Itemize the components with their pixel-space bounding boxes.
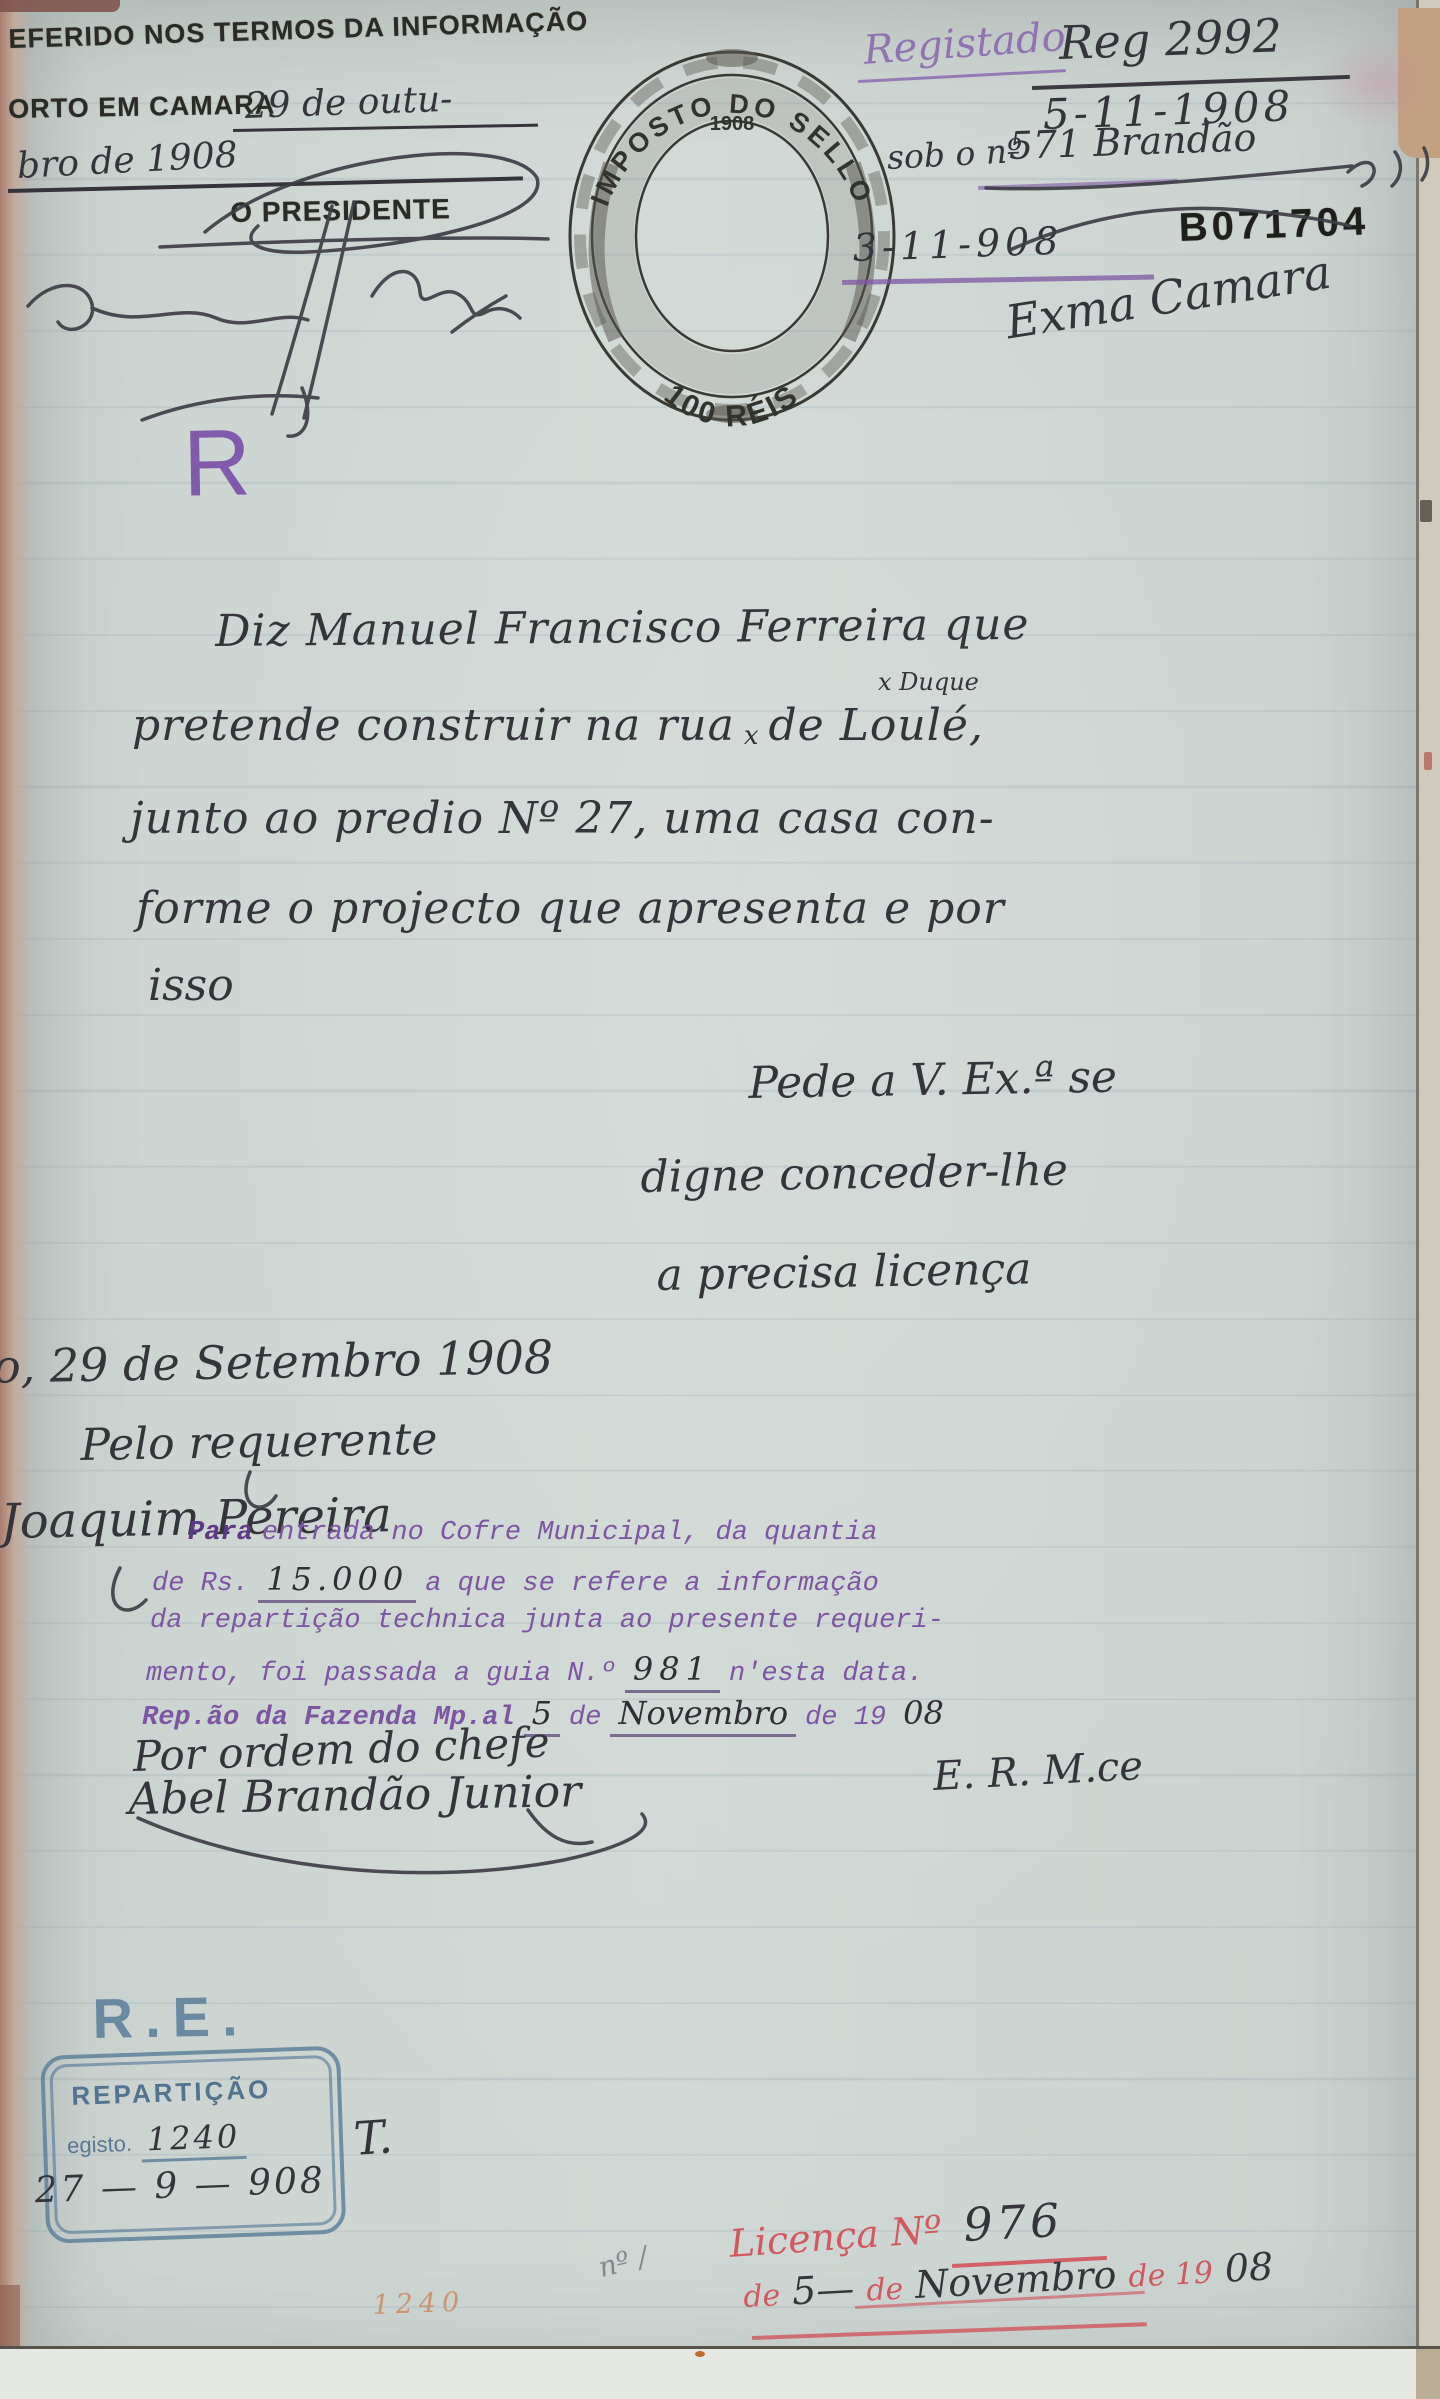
right-margin-red-mark [1424,752,1432,770]
treasury-line2-post: a que se refere a informação [425,1569,879,1599]
bottom-edge-strip [0,2346,1440,2399]
margin-tick-1 [1392,152,1400,186]
license-label: Licença Nº [728,2207,943,2266]
treasury-signature: Abel Brandão Junior [128,1766,582,1825]
treasury-de2: de 19 [805,1703,886,1733]
petition-line2: pretende construir na ruaxde Loulé, [132,700,984,751]
sob-o-numero-label: sob o nº [886,131,1023,177]
registration-number: Reg 2992 [1058,8,1283,70]
r-registry-mark: R [182,415,252,510]
license-day: 5— [791,2266,855,2313]
approval-stamp-line1: EFERIDO NOS TERMOS DA INFORMAÇÃO [8,6,589,55]
president-stamp-label: O PRESIDENTE [230,193,451,229]
petition-line2-post: de Loulé, [769,700,984,751]
treasury-line4-post: n'esta data. [729,1659,923,1689]
right-margin-ink-mark [1420,500,1432,522]
license-faint-number: 1240 [372,2287,466,2321]
left-signature-tail [92,308,308,323]
treasury-line4: mento, foi passada a guia N.º 981 n'esta… [146,1650,923,1693]
seal-year: 1908 [710,113,755,135]
re-registo-label: egisto. [67,2131,133,2159]
vereador-signature-cross [452,296,506,332]
petition-line3: junto ao predio Nº 27, uma casa con- [130,793,995,844]
re-side-mark: T. [352,2109,394,2166]
approval-stamp-line2: ORTO EM CAMARA [8,89,276,125]
treasury-month: Novembro [610,1694,796,1737]
left-gutter-shadow [0,0,32,2399]
serial-number-stamp: B071704 [1178,199,1370,251]
treasury-line1-rest: entrada no Cofre Municipal, da quantia [262,1518,878,1548]
treasury-line3: da repartição technica junta ao presente… [150,1606,944,1636]
left-signature-head [28,286,93,330]
president-underline [160,238,548,247]
registado-stamp: Registado [862,14,1067,74]
document-scan: EFERIDO NOS TERMOS DA INFORMAÇÃO ORTO EM… [0,0,1440,2399]
re-registo-row: egisto. 1240 [66,2117,247,2165]
signature-hook [288,388,308,436]
re-office-label: REPARTIÇÃO [71,2074,272,2112]
pink-smudge [1315,35,1440,130]
orange-speck [695,2351,705,2357]
petition-line2-x: x [744,721,760,751]
treasury-line4-pre: mento, foi passada a guia N.º [146,1659,616,1689]
license-year: 08 [1224,2244,1275,2290]
vereador-signature [372,272,520,319]
red-underline [752,2322,1147,2340]
license-pencil-note: nº / [595,2240,651,2284]
license-number: 976 [962,2193,1065,2252]
petition-line5: isso [148,960,234,1011]
treasury-guia-number: 981 [625,1650,720,1693]
signature-slash-1 [272,206,332,414]
right-page-edge-paper [1419,0,1440,2399]
bottom-right-corner [1416,2349,1440,2399]
treasury-year: 08 [895,1694,952,1734]
clerk-initials: E. R. M.ce [932,1743,1144,1800]
request-line2: digne conceder-lhe [640,1145,1068,1203]
joaquim-descender [113,1568,146,1610]
re-registo-value: 1240 [140,2117,247,2163]
re-date: 27 — 9 — 908 [34,2160,326,2211]
petition-insert-note: x Duque [878,668,979,696]
ink-underline [978,179,1178,190]
treasury-line1-bold: Para [188,1518,253,1548]
treasury-line2: de Rs. 15.000 a que se refere a informaç… [152,1560,879,1603]
petition-line4: forme o projecto que apresenta e por [136,883,1005,934]
signature-slash-2 [304,202,354,418]
treasury-line2-pre: de Rs. [152,1569,249,1599]
brandao-flourish [1348,163,1374,186]
license-de3: de 19 [1128,2255,1214,2294]
registration-date2: 3-11-908 [852,219,1064,270]
petition-line2-pre: pretende construir na rua [132,700,735,751]
treasury-line1: Para entrada no Cofre Municipal, da quan… [188,1518,878,1548]
request-line3: a precisa licença [656,1243,1032,1301]
sob-o-numero-value: 571 Brandão [1008,115,1257,168]
top-left-corner-stain [0,0,120,12]
closing-by-line: Pelo requerente [80,1414,438,1471]
request-line1: Pede a V. Ex.ª se [748,1052,1117,1109]
approval-date-part1: 29 de outu- [244,79,453,127]
re-label: R.E. [92,1983,250,2051]
treasury-amount-value: 15.000 [258,1560,416,1603]
approval-date-part2: bro de 1908 [16,134,239,186]
re-registry-box: REPARTIÇÃO egisto. 1240 27 — 9 — 908 [40,2046,346,2244]
treasury-de1: de [569,1703,601,1733]
license-de1: de [742,2278,781,2315]
closing-place-date: to, 29 de Setembro 1908 [0,1330,554,1394]
petition-line1: Diz Manuel Francisco Ferreira que [215,599,1030,657]
